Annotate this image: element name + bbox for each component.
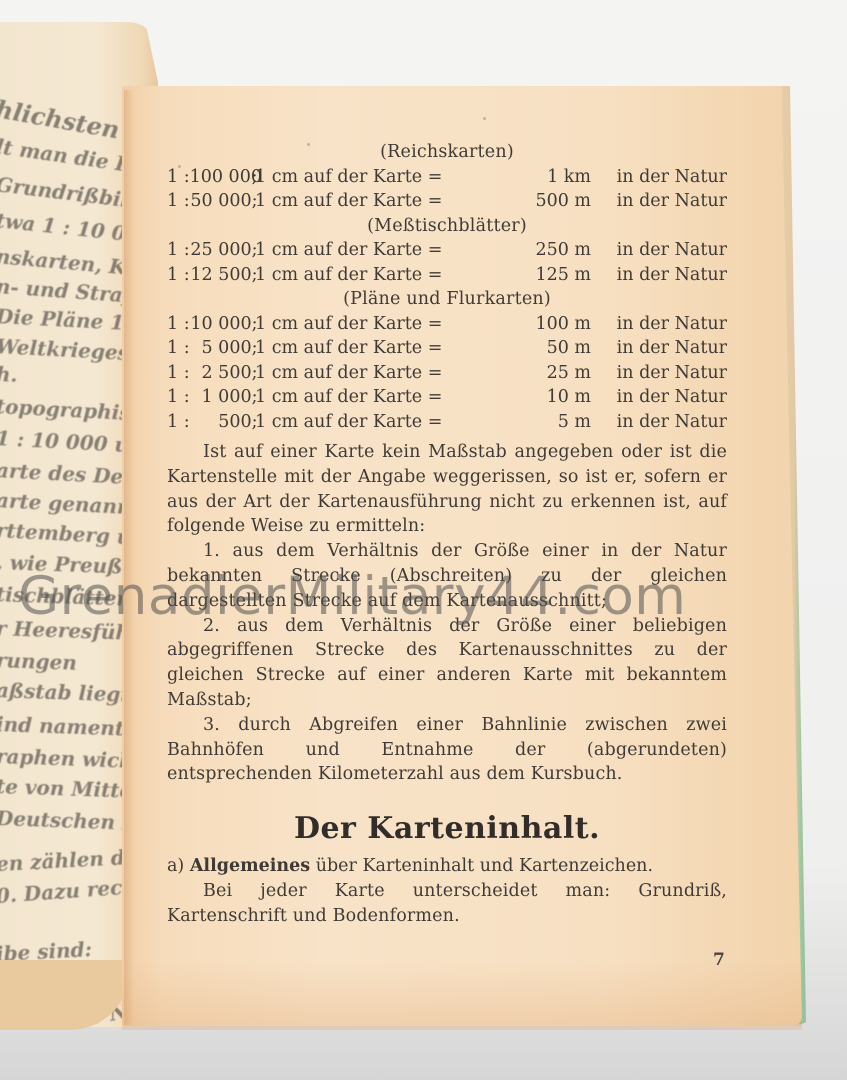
method-1: 1. aus dem Verhältnis der Größe einer in…	[167, 539, 727, 613]
ratio-value: 12 500	[190, 263, 252, 288]
ratio-prefix: 1 :	[167, 387, 190, 407]
scale-table: (Reichskarten)1 :100 000;1 cm auf der Ka…	[167, 140, 727, 434]
scale-middle: 1 cm auf der Karte =	[255, 263, 501, 288]
page-number: 7	[713, 950, 725, 970]
scale-middle: 1 cm auf der Karte =	[255, 410, 501, 435]
page-gutter	[124, 90, 134, 1025]
scale-ratio: 1 :50 000;	[167, 189, 255, 214]
scale-suffix: in der Natur	[591, 263, 727, 288]
scale-ratio: 1 :25 000;	[167, 238, 255, 263]
scale-row: 1 :2 500;1 cm auf der Karte =25 min der …	[167, 361, 727, 386]
ratio-value: 10 000	[190, 312, 252, 337]
intro-paragraph: Ist auf einer Karte kein Maßstab angegeb…	[167, 440, 727, 539]
subsection-rest: über Karteninhalt und Kartenzeichen.	[316, 856, 653, 876]
scale-suffix: in der Natur	[591, 385, 727, 410]
ratio-prefix: 1 :	[167, 240, 190, 260]
left-page-line: aßstab liegt	[0, 678, 130, 707]
ratio-value: 1 000	[190, 385, 252, 410]
scale-distance: 100 m	[501, 312, 591, 337]
paper-speck	[483, 117, 486, 120]
ratio-prefix: 1 :	[167, 167, 190, 187]
scale-suffix: in der Natur	[591, 312, 727, 337]
section-heading: Der Karteninhalt.	[167, 811, 727, 846]
scale-row: 1 :500;1 cm auf der Karte =5 min der Nat…	[167, 410, 727, 435]
scale-ratio: 1 :12 500;	[167, 263, 255, 288]
scale-suffix: in der Natur	[591, 361, 727, 386]
scale-suffix: in der Natur	[591, 189, 727, 214]
ratio-value: 500	[190, 410, 252, 435]
scale-middle: 1 cm auf der Karte =	[255, 361, 501, 386]
scale-row: 1 :50 000;1 cm auf der Karte =500 min de…	[167, 189, 727, 214]
scale-middle: 1 cm auf der Karte =	[255, 336, 501, 361]
scale-distance: 10 m	[501, 385, 591, 410]
scale-distance: 1 km	[501, 165, 591, 190]
left-page-line: rungen	[0, 648, 77, 675]
method-2: 2. aus dem Verhältnis der Größe einer be…	[167, 614, 727, 713]
subsection-heading: a) Allgemeines über Karteninhalt und Kar…	[167, 854, 727, 879]
scale-group-label: (Reichskarten)	[167, 140, 727, 165]
ratio-prefix: 1 :	[167, 191, 190, 211]
scale-suffix: in der Natur	[591, 165, 727, 190]
ratio-value: 25 000	[190, 238, 252, 263]
scale-suffix: in der Natur	[591, 336, 727, 361]
subsection-bold: Allgemeines	[190, 856, 310, 876]
scale-middle: 1 cm auf der Karte =	[255, 312, 501, 337]
closing-paragraph: Bei jeder Karte unterscheidet man: Grund…	[167, 879, 727, 929]
scale-row: 1 :100 000;1 cm auf der Karte =1 kmin de…	[167, 165, 727, 190]
ratio-prefix: 1 :	[167, 265, 190, 285]
ratio-prefix: 1 :	[167, 363, 190, 383]
page-content: (Reichskarten)1 :100 000;1 cm auf der Ka…	[167, 140, 727, 929]
scale-row: 1 :12 500;1 cm auf der Karte =125 min de…	[167, 263, 727, 288]
scale-distance: 125 m	[501, 263, 591, 288]
ratio-value: 100 000	[190, 165, 252, 190]
scale-ratio: 1 :100 000;	[167, 165, 255, 190]
scale-row: 1 :1 000;1 cm auf der Karte =10 min der …	[167, 385, 727, 410]
scale-suffix: in der Natur	[591, 410, 727, 435]
scale-middle: 1 cm auf der Karte =	[255, 165, 501, 190]
subsection-marker: a)	[167, 856, 184, 876]
scale-middle: 1 cm auf der Karte =	[255, 189, 501, 214]
scale-group-label: (Meßtischblätter)	[167, 214, 727, 239]
scale-ratio: 1 :5 000;	[167, 336, 255, 361]
scale-distance: 25 m	[501, 361, 591, 386]
scale-ratio: 1 :1 000;	[167, 385, 255, 410]
scale-middle: 1 cm auf der Karte =	[255, 238, 501, 263]
method-3: 3. durch Abgreifen einer Bahnlinie zwisc…	[167, 713, 727, 787]
ratio-value: 2 500	[190, 361, 252, 386]
left-page-line: h.	[0, 362, 18, 387]
ratio-prefix: 1 :	[167, 412, 190, 432]
scale-distance: 5 m	[501, 410, 591, 435]
scale-distance: 250 m	[501, 238, 591, 263]
ratio-value: 5 000	[190, 336, 252, 361]
ratio-prefix: 1 :	[167, 314, 190, 334]
scale-ratio: 1 :10 000;	[167, 312, 255, 337]
scale-distance: 50 m	[501, 336, 591, 361]
scale-ratio: 1 :2 500;	[167, 361, 255, 386]
left-page-line: te von Mittel	[0, 774, 140, 803]
scale-ratio: 1 :500;	[167, 410, 255, 435]
scale-group-label: (Pläne und Flurkarten)	[167, 287, 727, 312]
scale-row: 1 :10 000;1 cm auf der Karte =100 min de…	[167, 312, 727, 337]
ratio-prefix: 1 :	[167, 338, 190, 358]
scale-middle: 1 cm auf der Karte =	[255, 385, 501, 410]
scale-row: 1 :25 000;1 cm auf der Karte =250 min de…	[167, 238, 727, 263]
ratio-value: 50 000	[190, 189, 252, 214]
scale-suffix: in der Natur	[591, 238, 727, 263]
scale-distance: 500 m	[501, 189, 591, 214]
scale-row: 1 :5 000;1 cm auf der Karte =50 min der …	[167, 336, 727, 361]
